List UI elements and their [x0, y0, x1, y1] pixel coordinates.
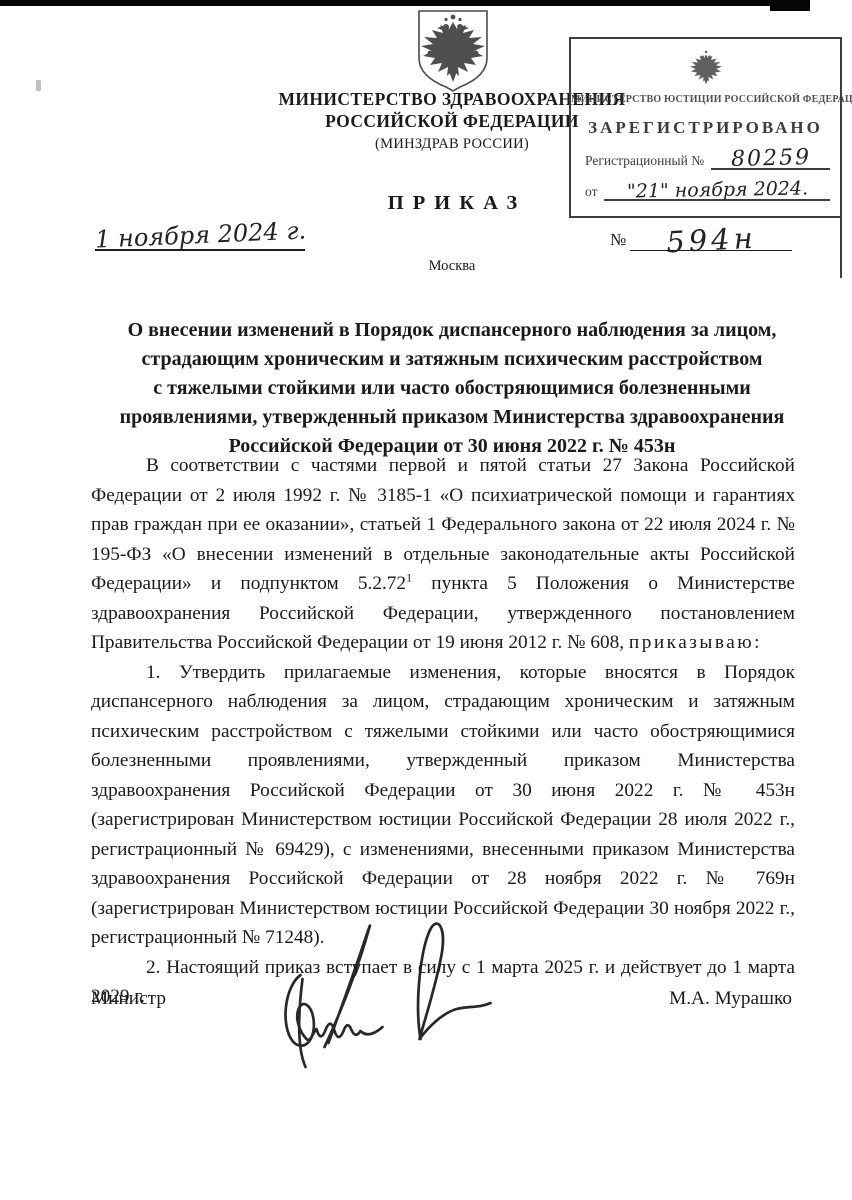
stamp-registered-label: ЗАРЕГИСТРИРОВАНО — [571, 118, 840, 138]
body-paragraph-intro: В соответствии с частями первой и пятой … — [91, 451, 795, 658]
scan-artifact-top-bar — [0, 0, 808, 6]
stamp-border-artifact — [840, 216, 842, 278]
order-city: Москва — [429, 258, 476, 275]
order-date-handwritten: 1 ноября 2024 г. — [95, 216, 307, 253]
minister-title: Министр — [91, 988, 166, 1010]
order-title-line: проявлениями, утвержденный приказом Мини… — [97, 403, 807, 432]
order-heading: ПРИКАЗ — [388, 192, 526, 215]
scan-artifact-top-bar-nub — [770, 0, 810, 11]
order-title-line: страдающим хроническим и затяжным психич… — [97, 345, 807, 374]
scanned-order-document: МИНИСТЕРСТВО ЗДРАВООХРАНЕНИЯ РОССИЙСКОЙ … — [0, 0, 852, 1200]
stamp-ministry-label: МИНИСТЕРСТВО ЮСТИЦИИ РОССИЙСКОЙ ФЕДЕРАЦИ… — [571, 94, 840, 105]
stamp-date-prefix: от — [585, 184, 597, 201]
order-date-field: 1 ноября 2024 г. — [95, 219, 305, 251]
order-emphasis-word: приказываю: — [629, 632, 762, 653]
minister-signature — [270, 915, 500, 1070]
scan-artifact-smudge — [36, 80, 41, 91]
stamp-date-line: "21" ноября 2024. — [604, 179, 830, 201]
order-item-1: 1. Утвердить прилагаемые изменения, кото… — [91, 658, 795, 953]
order-number-field: № 594н — [610, 222, 792, 251]
stamp-date-value: "21" ноября 2024. — [627, 179, 808, 200]
stamp-reg-number-label: Регистрационный № — [585, 153, 704, 170]
minister-name: М.А. Мурашко — [669, 988, 792, 1010]
order-number-sign: № — [610, 230, 626, 251]
order-number-line: 594н — [630, 222, 792, 251]
order-number-value: 594н — [666, 225, 758, 256]
order-title-line: с тяжелыми стойкими или часто обостряющи… — [97, 374, 807, 403]
stamp-reg-number-value: 80259 — [730, 148, 810, 170]
stamp-reg-number-line: 80259 — [711, 147, 830, 170]
justice-registration-stamp: МИНИСТЕРСТВО ЮСТИЦИИ РОССИЙСКОЙ ФЕДЕРАЦИ… — [569, 37, 842, 218]
coat-of-arms-icon — [402, 8, 504, 94]
stamp-eagle-icon — [681, 47, 731, 91]
order-title: О внесении изменений в Порядок диспансер… — [97, 316, 807, 461]
order-title-line: О внесении изменений в Порядок диспансер… — [97, 316, 807, 345]
